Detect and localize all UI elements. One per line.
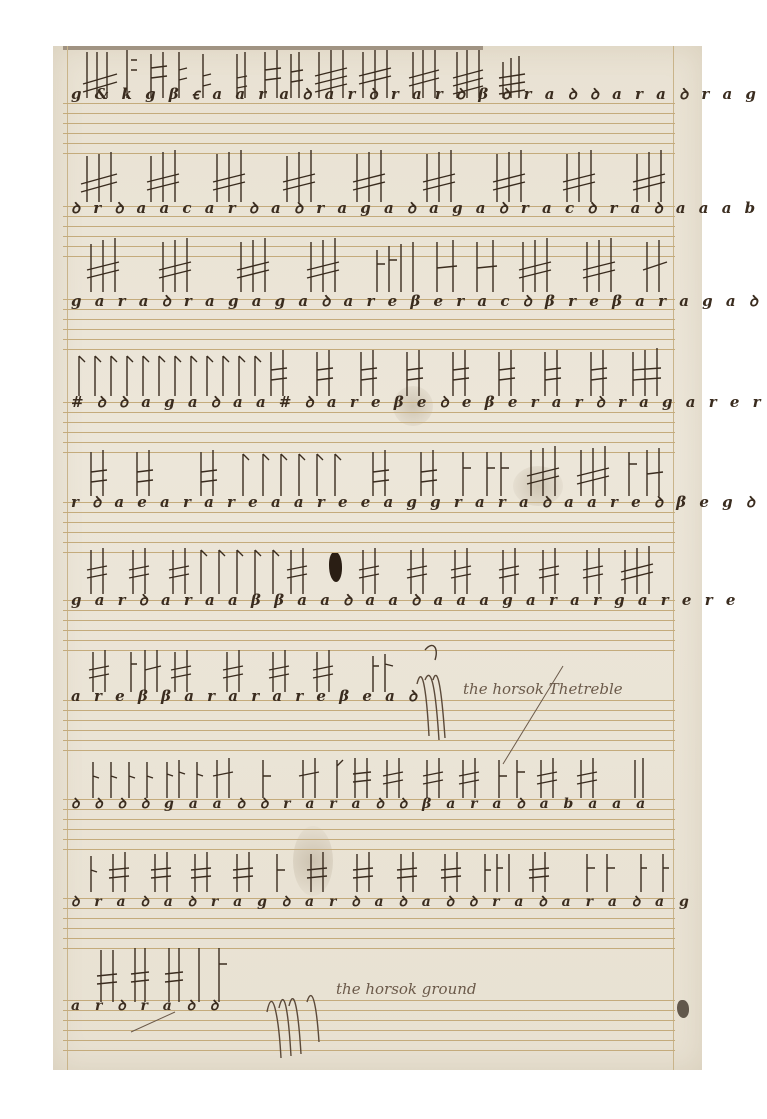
tablature-letters-system-2: ꝺ r ꝺ a a c a r ꝺ a ꝺ r a g a ꝺ a g a ꝺ … — [71, 198, 767, 218]
rhythm-flags-system-3 — [67, 230, 675, 296]
ink-blot — [677, 1000, 689, 1018]
rhythm-flags-system-5 — [67, 438, 675, 500]
tablature-letters-system-8: ꝺ ꝺ ꝺ ꝺ g a a ꝺ ꝺ r a r a ꝺ ꝺ β a r a ꝺ … — [71, 794, 650, 813]
rhythm-flags-system-9 — [67, 842, 675, 898]
annotation-the-horsok-ground: the horsok ground — [336, 980, 477, 998]
tablature-letters-system-7: a r e β β a r a r a r e β e a ꝺ — [71, 686, 421, 706]
tablature-letters-system-6: g a r ꝺ a r a a β β a a ꝺ a a ꝺ a a a g … — [71, 590, 739, 610]
rhythm-flags-system-2 — [67, 144, 675, 206]
tablature-letters-system-4: # ꝺ ꝺ a g a ꝺ a a # ꝺ a r e β e ꝺ e β e … — [71, 392, 767, 412]
tablature-letters-system-9: ꝺ r a ꝺ a ꝺ r a g ꝺ a r ꝺ a ꝺ a ꝺ ꝺ r a … — [71, 892, 694, 911]
tablature-letters-system-3: g a r a ꝺ r a g a g a ꝺ a r e β e r a c … — [71, 291, 767, 311]
rhythm-flags-system-4 — [67, 336, 675, 400]
manuscript-page: g & k g β ꞓ a a r a ꝺ a r ꝺ r a r ꝺ β ꝺ … — [53, 46, 702, 1070]
tablature-letters-system-10: a r ꝺ r a ꝺ ꝺ — [71, 996, 223, 1015]
tablature-letters-system-5: r ꝺ a e a r a r e a a r e e a g g r a r … — [71, 492, 767, 512]
tablature-letters-system-1: g & k g β ꞓ a a r a ꝺ a r ꝺ r a r ꝺ β ꝺ … — [71, 84, 767, 104]
